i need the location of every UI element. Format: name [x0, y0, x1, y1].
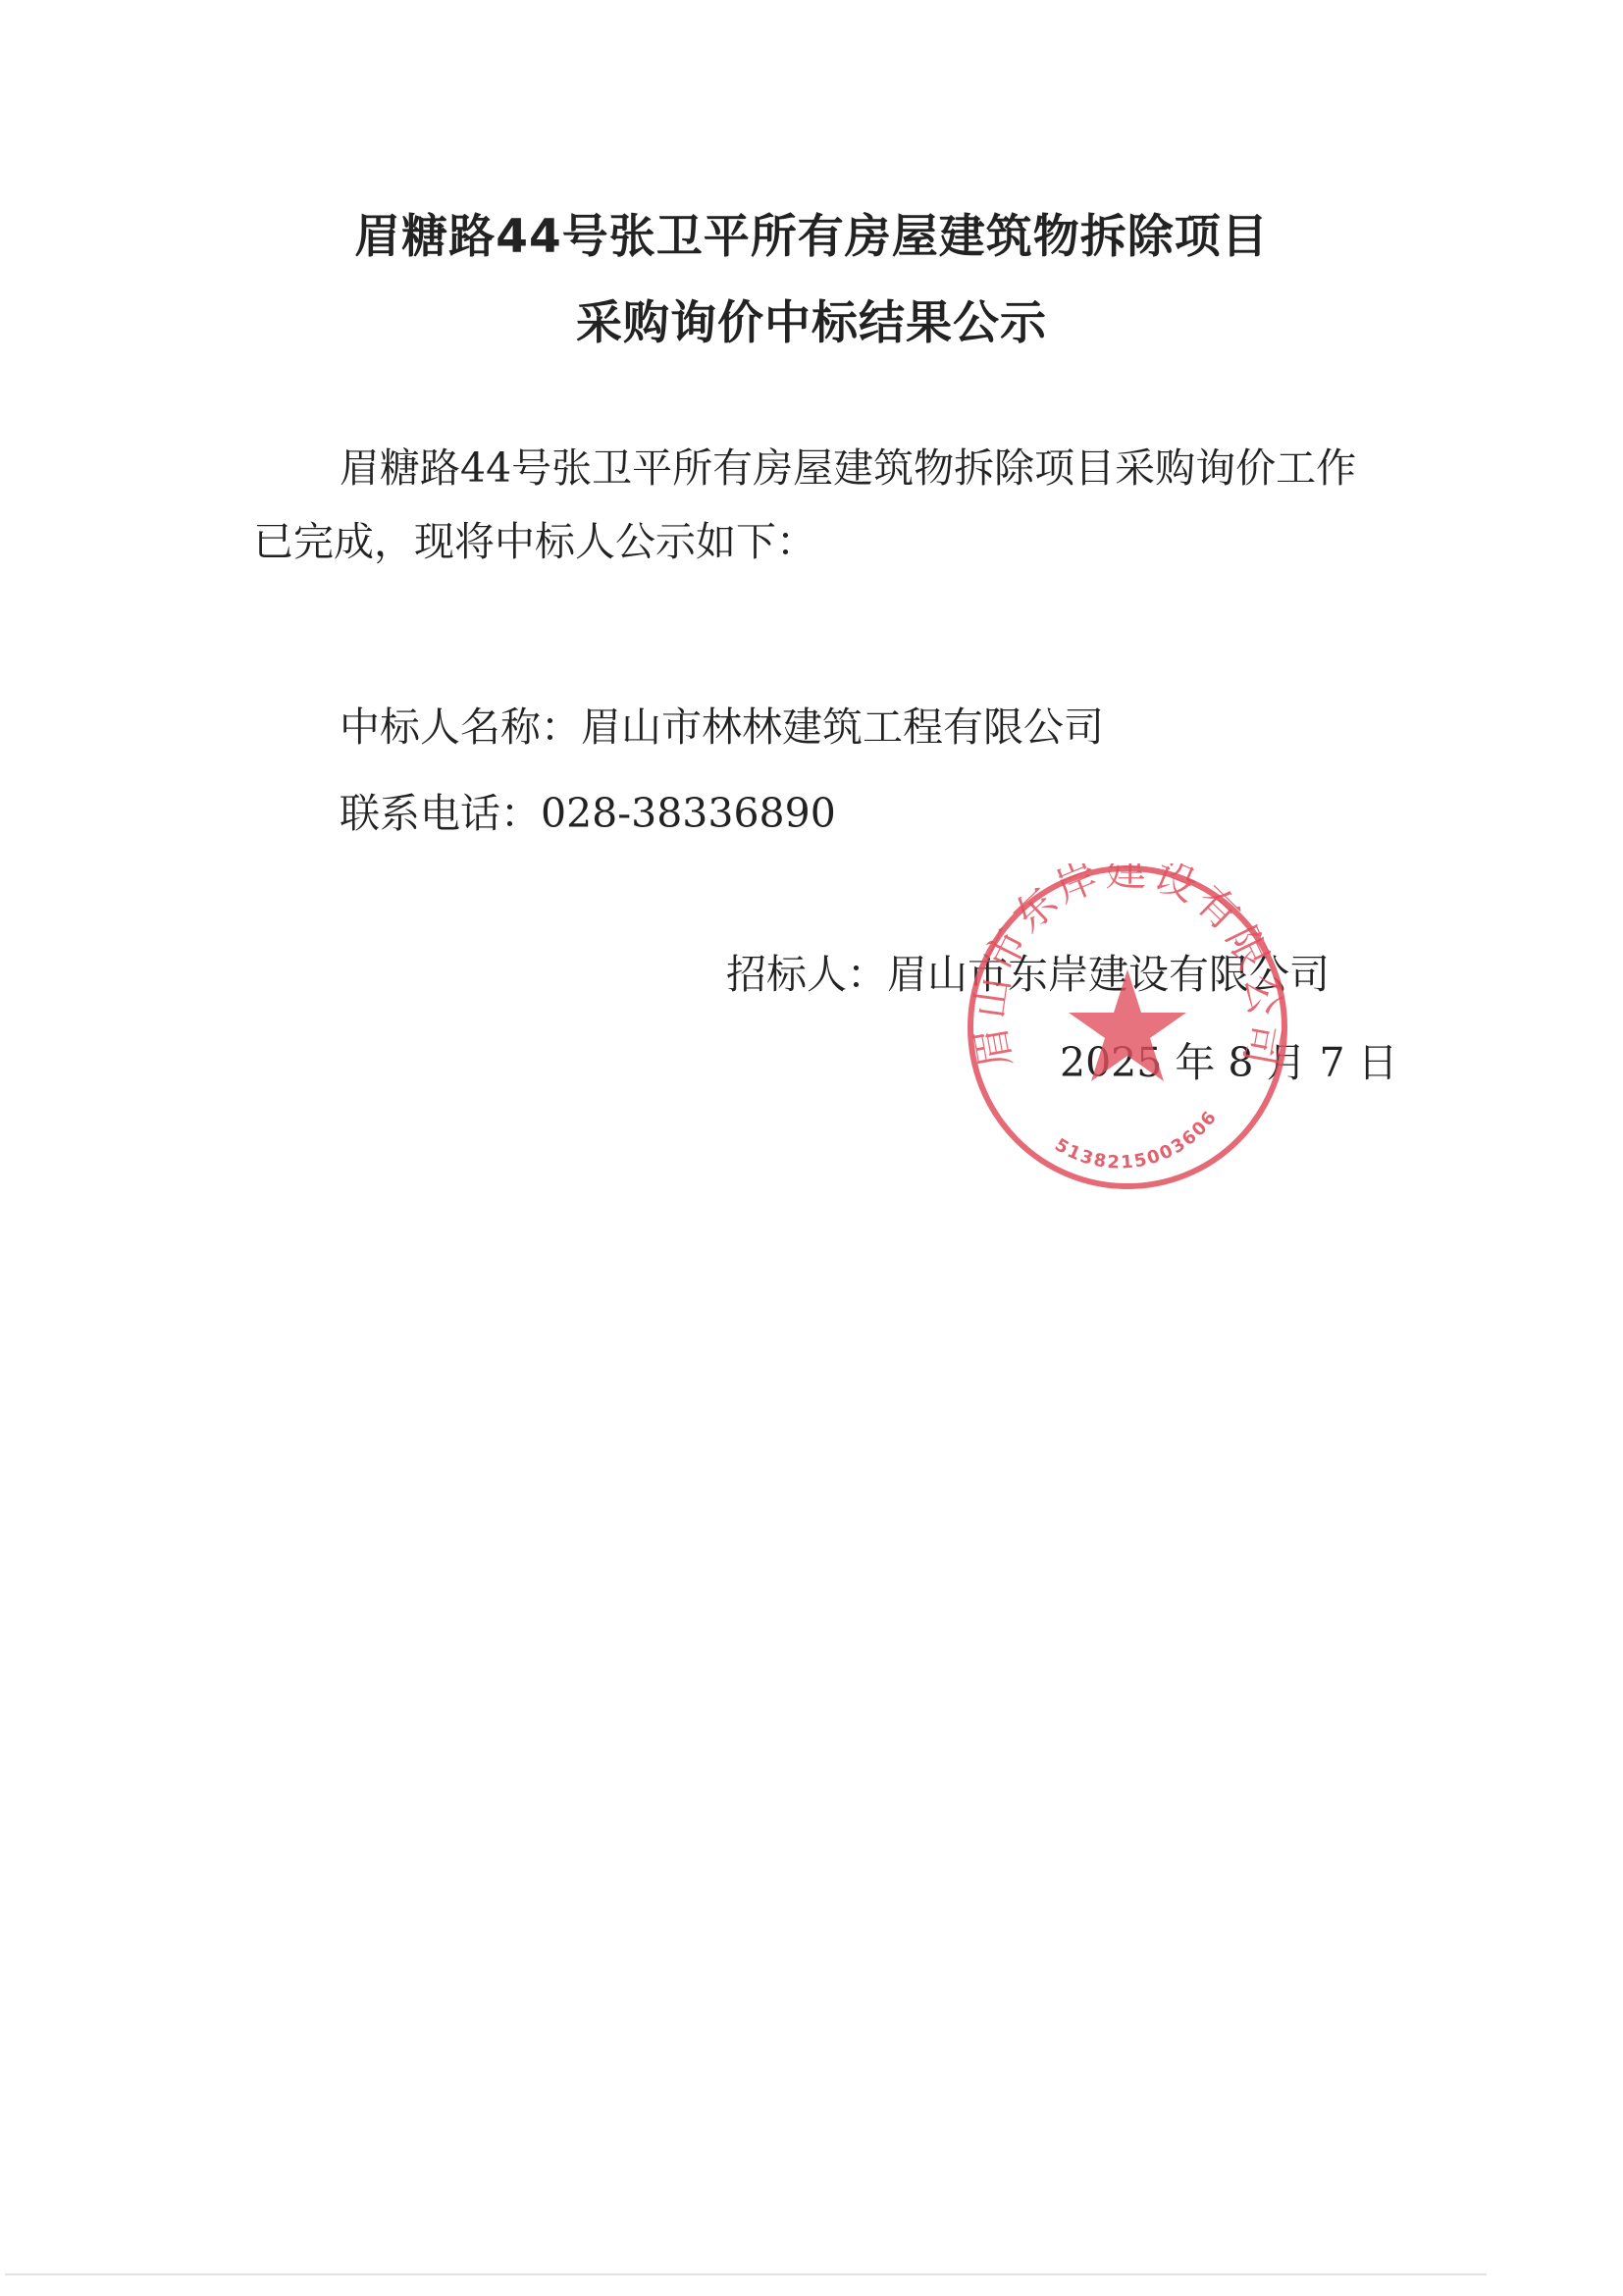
company-seal: 眉山市东岸建设有限公司 5138215003606: [964, 863, 1291, 1191]
page-bottom-edge: [5, 2273, 1487, 2275]
body-paragraph: 眉糖路44号张卫平所有房屋建筑物拆除项目采购询价工作已完成，现将中标人公示如下：: [253, 432, 1372, 579]
issuer-value: 眉山市东岸建设有限公司: [887, 951, 1330, 998]
document-title-line2: 采购询价中标结果公示: [0, 287, 1623, 352]
issuer-line: 招标人：眉山市东岸建设有限公司: [726, 942, 1330, 1000]
issuer-label: 招标人：: [726, 951, 887, 998]
winner-label: 中标人名称：: [340, 704, 581, 751]
seal-code: 5138215003606: [1051, 1106, 1222, 1173]
phone-value: 028-38336890: [541, 790, 836, 837]
document-title-line1: 眉糖路44号张卫平所有房屋建筑物拆除项目: [0, 200, 1623, 266]
winner-line: 中标人名称：眉山市林林建筑工程有限公司: [340, 695, 1104, 753]
svg-text:5138215003606: 5138215003606: [1051, 1106, 1222, 1173]
phone-label: 联系电话：: [340, 790, 541, 837]
issue-date: 2025 年 8 月 7 日: [1060, 1030, 1398, 1088]
winner-value: 眉山市林林建筑工程有限公司: [581, 704, 1104, 751]
phone-line: 联系电话：028-38336890: [340, 781, 836, 839]
